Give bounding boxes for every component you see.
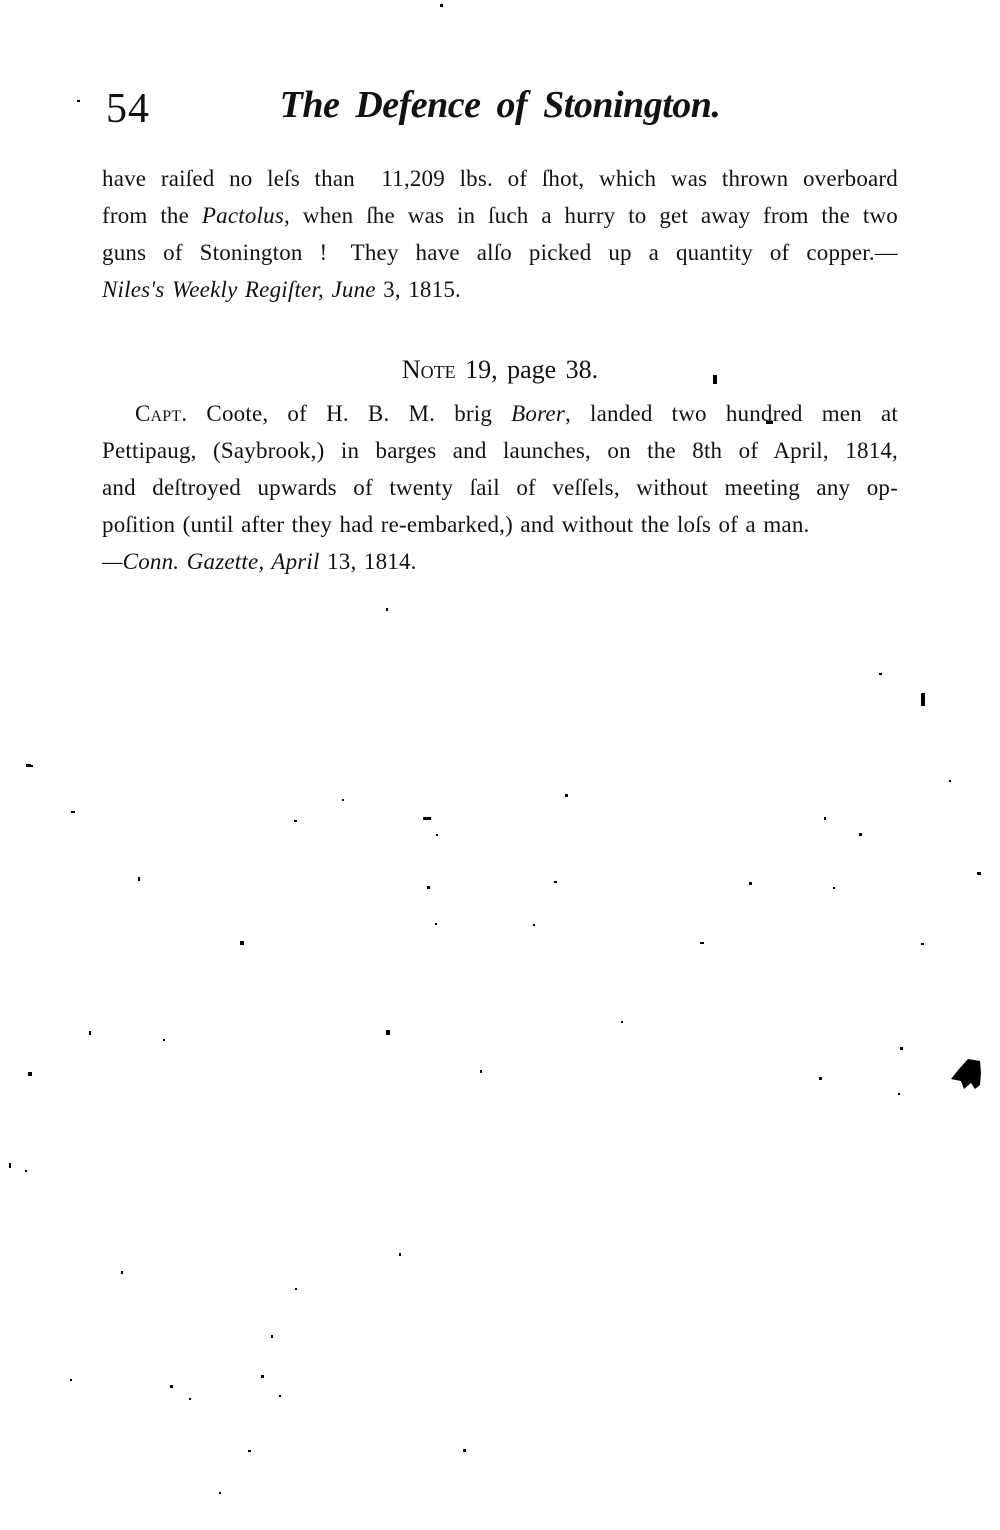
scan-speck <box>480 1070 482 1073</box>
ink-blob-shape <box>951 1059 981 1089</box>
scan-speck <box>900 1047 903 1050</box>
scan-speck <box>248 1450 251 1452</box>
scan-speck <box>386 608 388 611</box>
scan-speck <box>949 780 951 782</box>
scan-speck <box>833 887 835 889</box>
scan-speck <box>71 811 75 813</box>
scan-speck <box>898 1093 900 1095</box>
scan-speck <box>295 1288 297 1290</box>
scan-speck <box>170 1385 173 1388</box>
scan-speck <box>25 1170 27 1172</box>
scan-speck <box>163 1039 165 1041</box>
scan-speck <box>28 1072 32 1076</box>
ink-blob-artifact <box>951 1059 984 1091</box>
scan-speck <box>436 834 438 836</box>
scan-speck <box>219 1492 221 1494</box>
scan-speck <box>463 1449 466 1452</box>
scan-speck <box>77 100 80 102</box>
scan-speck <box>554 881 557 883</box>
scan-speck <box>749 882 752 885</box>
scan-speck <box>621 1021 623 1023</box>
scan-speck <box>399 1253 401 1256</box>
scan-speck <box>879 673 882 675</box>
scan-speck <box>70 1379 72 1381</box>
scan-speck <box>533 924 535 926</box>
scan-speck <box>423 817 431 820</box>
scan-speck <box>440 4 443 7</box>
document-page: 54 The Defence of Stonington. have raiſe… <box>0 0 1000 1530</box>
scan-speck <box>921 943 924 945</box>
scan-speck <box>819 1077 822 1080</box>
scan-speck <box>271 1335 273 1338</box>
scan-speck <box>386 1030 390 1035</box>
scan-speck <box>138 877 140 881</box>
scan-speck <box>342 799 344 801</box>
scan-speck <box>713 375 717 384</box>
scan-speck <box>279 1395 281 1397</box>
scan-speck <box>240 941 244 945</box>
scan-speck <box>700 942 704 944</box>
scan-speck <box>766 421 773 424</box>
scan-speck <box>565 794 568 797</box>
scan-speck <box>9 1163 11 1168</box>
scan-speck <box>977 872 981 875</box>
scan-speck <box>89 1031 91 1035</box>
scan-speck <box>859 833 862 836</box>
scan-speck <box>31 765 33 767</box>
scan-speck <box>121 1271 123 1274</box>
scan-specks-layer <box>0 0 1000 1530</box>
scan-speck <box>261 1375 264 1378</box>
scan-speck <box>294 820 297 822</box>
scan-speck <box>435 923 437 925</box>
scan-speck <box>921 693 925 706</box>
scan-speck <box>824 817 826 820</box>
scan-speck <box>189 1398 191 1400</box>
scan-speck <box>427 886 430 889</box>
